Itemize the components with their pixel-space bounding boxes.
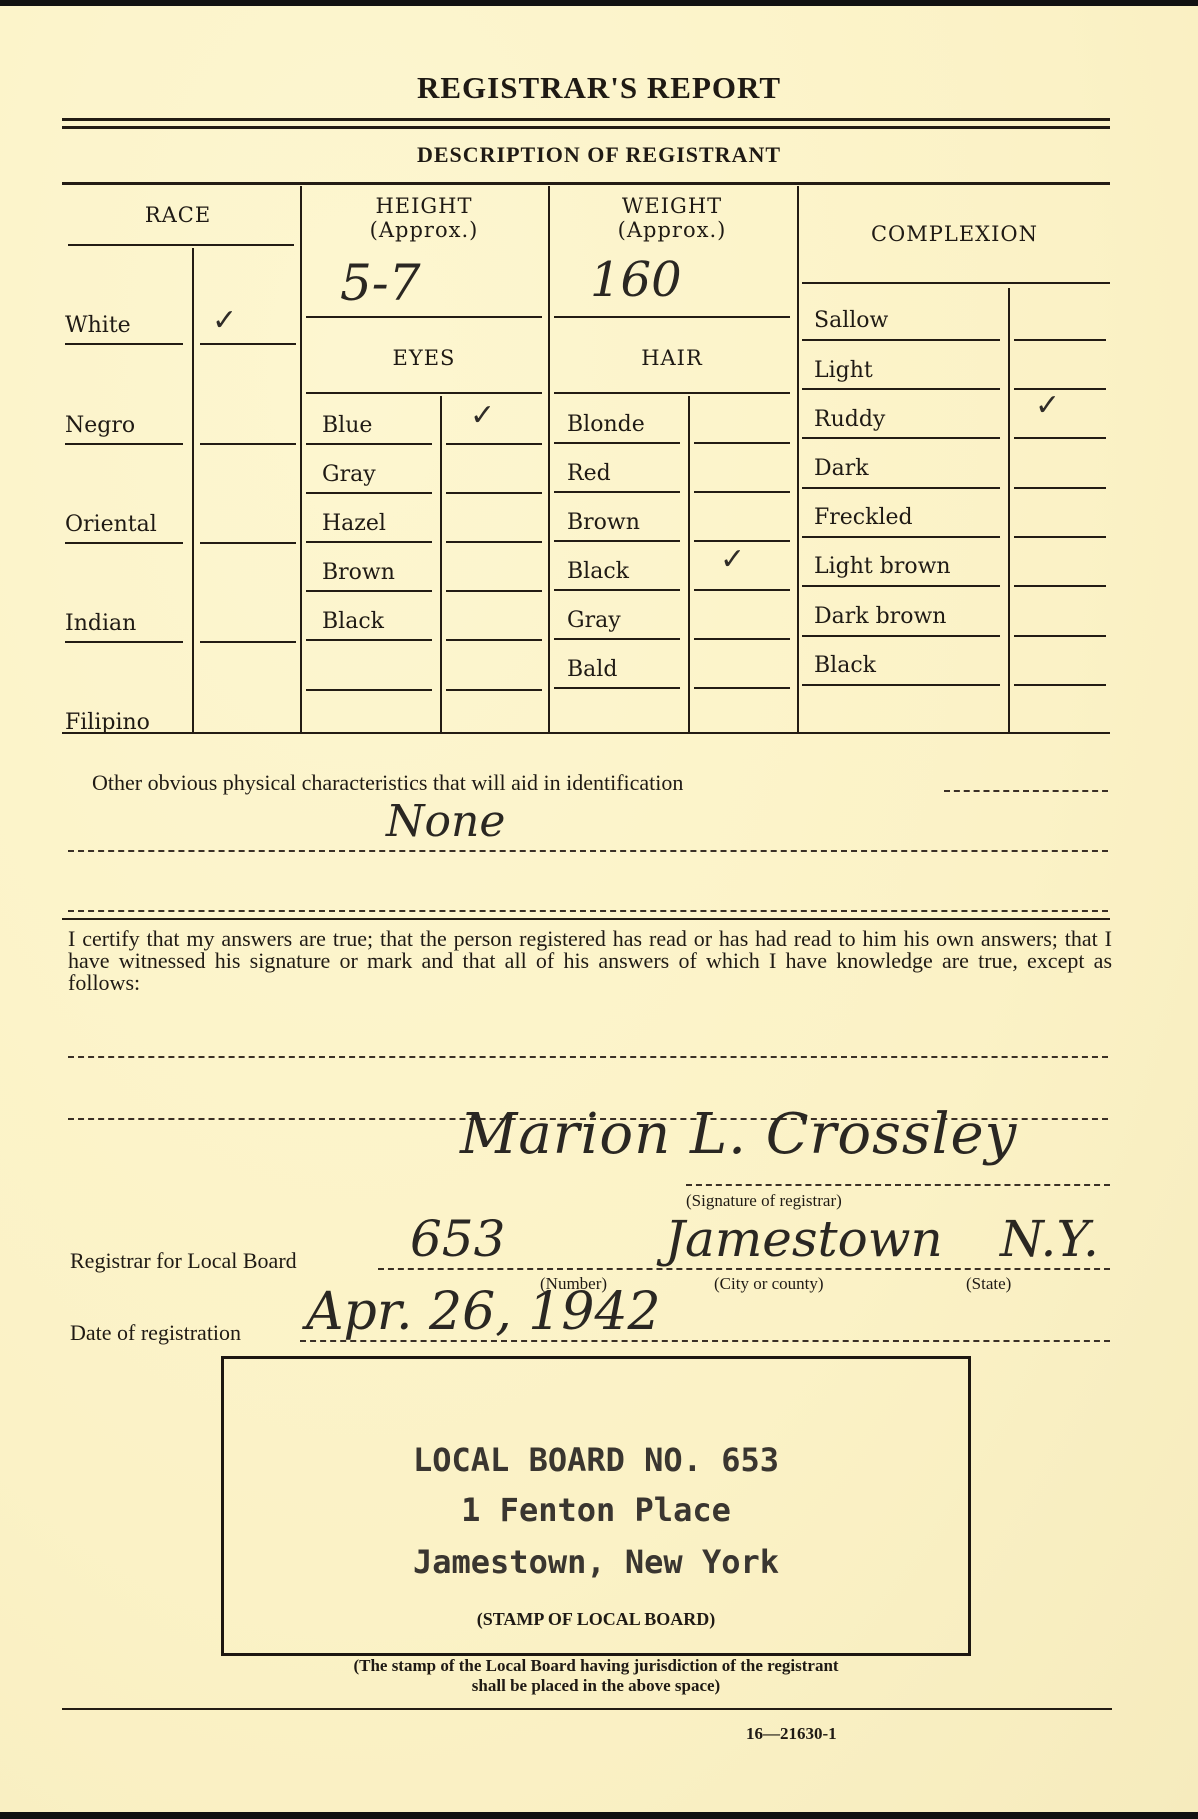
- title-rule-bottom: [62, 126, 1110, 129]
- race-oriental-rule: [65, 542, 183, 544]
- hair-blonde-label: Blonde: [567, 412, 645, 437]
- divider-eyes-check: [440, 396, 442, 734]
- hair-row-rule: [694, 442, 790, 444]
- hair-header-rule: [554, 392, 790, 394]
- characteristics-dash-1: [944, 790, 1108, 792]
- complexion-row-rule: [1014, 487, 1106, 489]
- weight-header: WEIGHT (Approx.): [550, 194, 794, 242]
- board-city-value[interactable]: Jamestown: [665, 1210, 943, 1268]
- race-filipino-label: Filipino: [65, 710, 150, 735]
- caption-state: (State): [966, 1274, 1011, 1294]
- race-indian-rule: [65, 641, 183, 643]
- eyes-row-rule: [446, 541, 542, 543]
- characteristics-dash-2: [68, 850, 1108, 852]
- board-line: [378, 1268, 1110, 1270]
- hair-row-rule: [694, 638, 790, 640]
- eyes-row-rule: [306, 443, 432, 445]
- race-oriental-check-rule: [200, 542, 296, 544]
- eyes-header-rule: [306, 392, 542, 394]
- weight-header-label: WEIGHT: [550, 194, 794, 218]
- hair-black-label: Black: [567, 559, 629, 584]
- section-title: DESCRIPTION OF REGISTRANT: [0, 142, 1198, 168]
- board-number-value[interactable]: 653: [410, 1210, 505, 1268]
- eyes-row-rule: [306, 590, 432, 592]
- complexion-light-brown-label: Light brown: [814, 554, 951, 579]
- board-state-value[interactable]: N.Y.: [1000, 1210, 1099, 1268]
- divider-weight-complexion: [797, 186, 799, 734]
- board-label: Registrar for Local Board: [70, 1250, 297, 1272]
- hair-row-rule: [694, 540, 790, 542]
- weight-rule: [554, 316, 790, 318]
- certification-text: I certify that my answers are true; that…: [68, 928, 1112, 994]
- signature-caption: (Signature of registrar): [686, 1191, 842, 1211]
- eyes-row-rule: [306, 541, 432, 543]
- complexion-row-rule: [802, 437, 1000, 439]
- registration-date-label: Date of registration: [70, 1322, 241, 1344]
- eyes-black-label: Black: [322, 609, 384, 634]
- form-number: 16—21630-1: [746, 1724, 837, 1744]
- hair-red-label: Red: [567, 461, 611, 486]
- hair-brown-label: Brown: [567, 510, 640, 535]
- complexion-light-label: Light: [814, 358, 873, 383]
- exceptions-dash-1: [68, 1056, 1108, 1058]
- complexion-dark-brown-label: Dark brown: [814, 604, 946, 629]
- race-negro-check-rule: [200, 443, 296, 445]
- complexion-row-rule: [1014, 684, 1106, 686]
- stamp-caption: (STAMP OF LOCAL BOARD): [224, 1609, 968, 1630]
- height-header: HEIGHT (Approx.): [302, 194, 546, 242]
- eyes-row-rule: [306, 689, 432, 691]
- complexion-row-rule: [1014, 536, 1106, 538]
- complexion-row-rule: [802, 684, 1000, 686]
- eyes-gray-label: Gray: [322, 462, 376, 487]
- stamp-note-line2: shall be placed in the above space): [221, 1676, 971, 1696]
- characteristics-prompt: Other obvious physical characteristics t…: [92, 772, 683, 794]
- divider-race-check: [192, 248, 194, 734]
- divider-height-weight: [548, 186, 550, 734]
- hair-row-rule: [554, 442, 680, 444]
- registrar-signature[interactable]: Marion L. Crossley: [460, 1102, 1017, 1167]
- caption-city: (City or county): [714, 1274, 824, 1294]
- race-indian-label: Indian: [65, 611, 136, 636]
- characteristics-dash-3: [68, 910, 1108, 912]
- height-value[interactable]: 5-7: [340, 254, 421, 312]
- local-board-stamp-box: LOCAL BOARD NO. 653 1 Fenton Place James…: [221, 1356, 971, 1656]
- race-white-check-rule: [200, 343, 296, 345]
- complexion-row-rule: [1014, 635, 1106, 637]
- eyes-blue-checkmark[interactable]: ✓: [470, 398, 495, 433]
- hair-gray-label: Gray: [567, 608, 621, 633]
- race-negro-label: Negro: [65, 413, 135, 438]
- race-negro-rule: [65, 443, 183, 445]
- section-rule: [62, 918, 1110, 920]
- race-white-rule: [65, 343, 183, 345]
- stamp-note-line1: (The stamp of the Local Board having jur…: [221, 1656, 971, 1676]
- hair-header: HAIR: [550, 346, 794, 370]
- page-title: REGISTRAR'S REPORT: [0, 70, 1198, 106]
- complexion-row-rule: [802, 536, 1000, 538]
- eyes-header: EYES: [302, 346, 546, 370]
- complexion-row-rule: [802, 339, 1000, 341]
- eyes-row-rule: [446, 590, 542, 592]
- weight-value[interactable]: 160: [590, 252, 682, 308]
- complexion-header-rule: [802, 282, 1110, 284]
- race-indian-check-rule: [200, 641, 296, 643]
- hair-row-rule: [554, 491, 680, 493]
- stamp-address: 1 Fenton Place: [224, 1491, 968, 1529]
- footer-rule: [62, 1708, 1112, 1710]
- eyes-hazel-label: Hazel: [322, 511, 386, 536]
- registrars-report-page: REGISTRAR'S REPORT DESCRIPTION OF REGIST…: [0, 6, 1198, 1812]
- eyes-row-rule: [446, 443, 542, 445]
- title-rule-top: [62, 118, 1110, 121]
- hair-bald-label: Bald: [567, 657, 617, 682]
- eyes-row-rule: [446, 689, 542, 691]
- complexion-row-rule: [1014, 339, 1106, 341]
- divider-hair-check: [688, 396, 690, 734]
- eyes-row-rule: [446, 492, 542, 494]
- complexion-ruddy-checkmark[interactable]: ✓: [1035, 388, 1060, 423]
- height-header-sub: (Approx.): [302, 218, 546, 242]
- hair-row-rule: [554, 638, 680, 640]
- race-header-rule: [68, 244, 294, 246]
- complexion-row-rule: [802, 585, 1000, 587]
- complexion-black-label: Black: [814, 653, 876, 678]
- hair-black-checkmark[interactable]: ✓: [720, 542, 745, 577]
- complexion-sallow-label: Sallow: [814, 308, 888, 333]
- stamp-city: Jamestown, New York: [224, 1543, 968, 1581]
- height-header-label: HEIGHT: [302, 194, 546, 218]
- eyes-blue-label: Blue: [322, 413, 372, 438]
- eyes-row-rule: [306, 639, 432, 641]
- race-white-checkmark[interactable]: ✓: [212, 303, 237, 338]
- complexion-row-rule: [802, 487, 1000, 489]
- table-top-rule: [62, 182, 1110, 185]
- eyes-row-rule: [306, 492, 432, 494]
- complexion-dark-label: Dark: [814, 456, 869, 481]
- race-header: RACE: [62, 203, 294, 227]
- divider-race-height: [300, 186, 302, 734]
- eyes-row-rule: [446, 639, 542, 641]
- divider-complexion-check: [1008, 288, 1010, 734]
- complexion-row-rule: [802, 388, 1000, 390]
- race-oriental-label: Oriental: [65, 512, 157, 537]
- complexion-ruddy-label: Ruddy: [814, 407, 885, 432]
- stamp-board-number: LOCAL BOARD NO. 653: [224, 1441, 968, 1479]
- complexion-row-rule: [1014, 437, 1106, 439]
- hair-row-rule: [554, 589, 680, 591]
- hair-row-rule: [694, 589, 790, 591]
- table-bottom-rule: [62, 732, 1110, 734]
- height-rule: [306, 316, 542, 318]
- race-white-label: White: [65, 313, 131, 338]
- registration-date-value[interactable]: Apr. 26, 1942: [306, 1282, 661, 1342]
- complexion-row-rule: [1014, 585, 1106, 587]
- hair-row-rule: [694, 687, 790, 689]
- complexion-row-rule: [802, 635, 1000, 637]
- hair-row-rule: [554, 687, 680, 689]
- hair-row-rule: [554, 540, 680, 542]
- complexion-header: COMPLEXION: [799, 222, 1110, 246]
- eyes-brown-label: Brown: [322, 560, 395, 585]
- hair-row-rule: [694, 491, 790, 493]
- weight-header-sub: (Approx.): [550, 218, 794, 242]
- complexion-freckled-label: Freckled: [814, 505, 913, 530]
- complexion-row-rule: [1014, 388, 1106, 390]
- signature-line: [686, 1184, 1110, 1186]
- characteristics-value[interactable]: None: [386, 796, 505, 847]
